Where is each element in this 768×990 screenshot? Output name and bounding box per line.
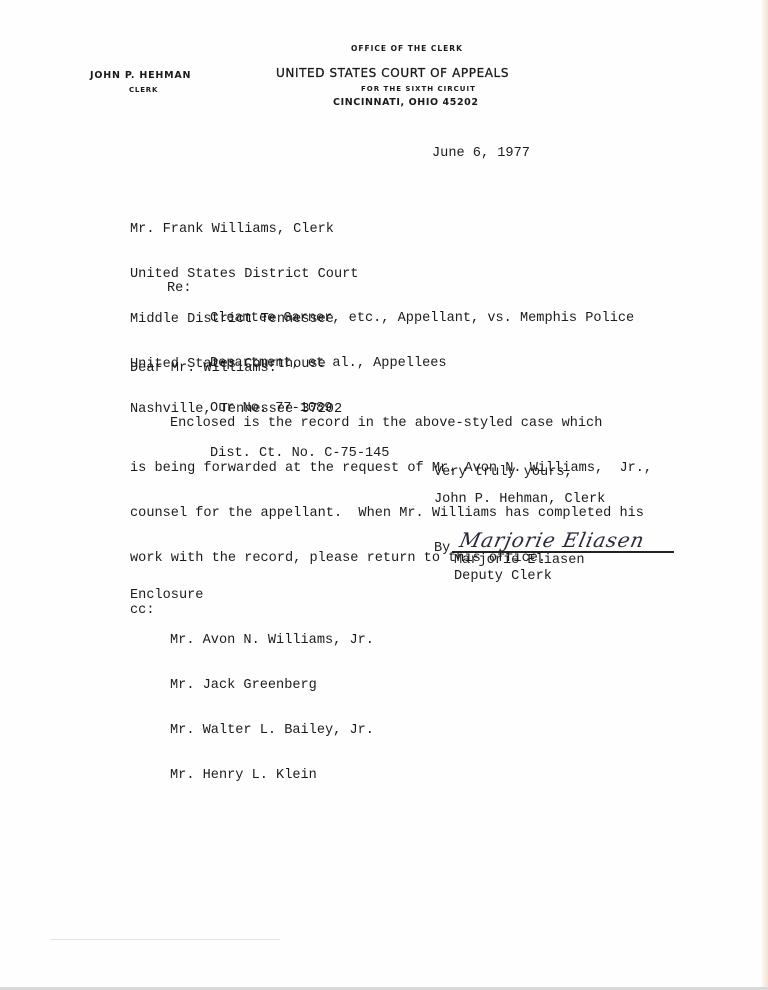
letterhead-clerk-name: JOHN P. HEHMAN: [90, 70, 191, 81]
cc-recipient: Mr. Henry L. Klein: [170, 768, 374, 783]
address-line: United States District Court: [130, 267, 358, 282]
cc-list: Mr. Avon N. Williams, Jr. Mr. Jack Green…: [170, 603, 374, 813]
deputy-title: Deputy Clerk: [454, 569, 552, 584]
letterhead-city: CINCINNATI, OHIO 45202: [333, 97, 479, 108]
deputy-name: Marjorie Eliasen: [454, 553, 585, 568]
cc-recipient: Mr. Avon N. Williams, Jr.: [170, 633, 374, 648]
letter-date: June 6, 1977: [432, 146, 530, 161]
closing: Very truly yours,: [434, 465, 573, 480]
scan-artifact-line: [50, 939, 280, 940]
cc-recipient: Mr. Walter L. Bailey, Jr.: [170, 723, 374, 738]
re-line: Cleamtee Garner, etc., Appellant, vs. Me…: [210, 311, 634, 326]
cc-recipient: Mr. Jack Greenberg: [170, 678, 374, 693]
signer: John P. Hehman, Clerk: [434, 492, 605, 507]
re-label: Re:: [167, 281, 191, 296]
body-line: Enclosed is the record in the above-styl…: [130, 416, 652, 431]
body-line: counsel for the appellant. When Mr. Will…: [130, 506, 652, 521]
by-label: By: [434, 541, 450, 556]
handwritten-signature: Marjorie Eliasen: [457, 528, 647, 552]
address-line: Mr. Frank Williams, Clerk: [130, 222, 358, 237]
letterhead-clerk-title: CLERK: [129, 86, 158, 94]
letterhead-office: OFFICE OF THE CLERK: [351, 44, 463, 53]
letterhead-court-name: UNITED STATES COURT OF APPEALS: [276, 66, 509, 80]
letterhead-circuit: FOR THE SIXTH CIRCUIT: [361, 85, 476, 93]
body-line: is being forwarded at the request of Mr.…: [130, 461, 652, 476]
enclosure-note: Enclosure: [130, 588, 203, 603]
letter-page: OFFICE OF THE CLERK JOHN P. HEHMAN CLERK…: [0, 0, 768, 990]
salutation: Dear Mr. Williams:: [130, 361, 277, 376]
paper-edge: [762, 0, 768, 990]
cc-label: cc:: [130, 603, 154, 618]
